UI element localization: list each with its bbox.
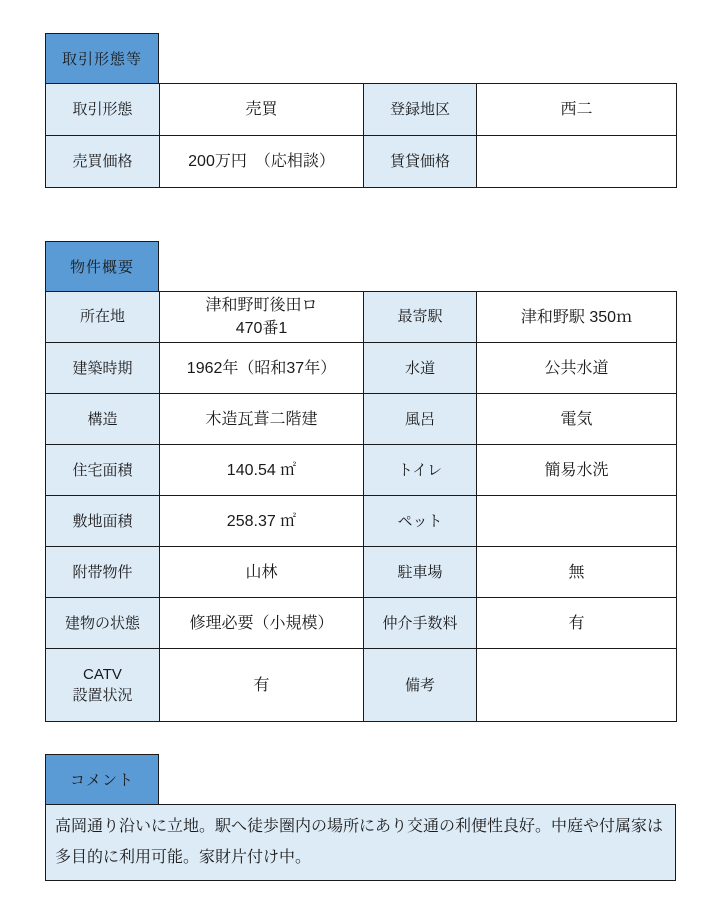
cell-value: 津和野町後田ロ 470番1 <box>160 292 364 343</box>
cell-label: 最寄駅 <box>364 292 477 343</box>
cell-value <box>477 496 677 547</box>
property-listing-sheet: 取引形態等 取引形態 売買 登録地区 西二 売買価格 200万円 （応相談） 賃… <box>0 0 721 881</box>
cell-value: 無 <box>477 547 677 598</box>
table-row: 取引形態 売買 登録地区 西二 <box>46 84 677 136</box>
cell-label: 登録地区 <box>364 84 477 136</box>
cell-value: 258.37 ㎡ <box>160 496 364 547</box>
section-property-overview: 物件概要 所在地 津和野町後田ロ 470番1 最寄駅 津和野駅 350ｍ 建築時… <box>45 241 721 722</box>
section-header-property-overview: 物件概要 <box>45 241 159 292</box>
cell-label: 構造 <box>46 394 160 445</box>
table-row: 売買価格 200万円 （応相談） 賃貸価格 <box>46 136 677 188</box>
cell-label: 賃貸価格 <box>364 136 477 188</box>
table-row: 建物の状態 修理必要（小規模） 仲介手数料 有 <box>46 598 677 649</box>
cell-value: 簡易水洗 <box>477 445 677 496</box>
cell-value: 公共水道 <box>477 343 677 394</box>
table-row: 住宅面積 140.54 ㎡ トイレ 簡易水洗 <box>46 445 677 496</box>
cell-value: 200万円 （応相談） <box>160 136 364 188</box>
cell-label: トイレ <box>364 445 477 496</box>
table-row: 構造 木造瓦葺二階建 風呂 電気 <box>46 394 677 445</box>
property-overview-table: 所在地 津和野町後田ロ 470番1 最寄駅 津和野駅 350ｍ 建築時期 196… <box>45 291 677 722</box>
cell-value: 電気 <box>477 394 677 445</box>
transaction-table: 取引形態 売買 登録地区 西二 売買価格 200万円 （応相談） 賃貸価格 <box>45 83 677 188</box>
cell-value: 売買 <box>160 84 364 136</box>
cell-label: ペット <box>364 496 477 547</box>
cell-value: 山林 <box>160 547 364 598</box>
cell-value: 140.54 ㎡ <box>160 445 364 496</box>
cell-value: 有 <box>477 598 677 649</box>
cell-label: 所在地 <box>46 292 160 343</box>
cell-label: 駐車場 <box>364 547 477 598</box>
cell-value: 修理必要（小規模） <box>160 598 364 649</box>
cell-value: 西二 <box>477 84 677 136</box>
cell-label: 仲介手数料 <box>364 598 477 649</box>
section-comment: コメント 高岡通り沿いに立地。駅へ徒歩圏内の場所にあり交通の利便性良好。中庭や付… <box>45 754 721 881</box>
cell-value <box>477 649 677 722</box>
table-row: 敷地面積 258.37 ㎡ ペット <box>46 496 677 547</box>
cell-value <box>477 136 677 188</box>
comment-text: 高岡通り沿いに立地。駅へ徒歩圏内の場所にあり交通の利便性良好。中庭や付属家は多目… <box>45 804 676 881</box>
section-header-transaction: 取引形態等 <box>45 33 159 84</box>
cell-value: 津和野駅 350ｍ <box>477 292 677 343</box>
cell-label: 建物の状態 <box>46 598 160 649</box>
cell-value: 木造瓦葺二階建 <box>160 394 364 445</box>
table-row: 附帯物件 山林 駐車場 無 <box>46 547 677 598</box>
table-row: 所在地 津和野町後田ロ 470番1 最寄駅 津和野駅 350ｍ <box>46 292 677 343</box>
cell-label: 附帯物件 <box>46 547 160 598</box>
cell-value: 有 <box>160 649 364 722</box>
section-transaction: 取引形態等 取引形態 売買 登録地区 西二 売買価格 200万円 （応相談） 賃… <box>45 33 721 188</box>
cell-label: 水道 <box>364 343 477 394</box>
cell-label: 敷地面積 <box>46 496 160 547</box>
table-row: CATV 設置状況 有 備考 <box>46 649 677 722</box>
cell-value: 1962年（昭和37年） <box>160 343 364 394</box>
section-header-comment: コメント <box>45 754 159 805</box>
cell-label: 売買価格 <box>46 136 160 188</box>
cell-label: 備考 <box>364 649 477 722</box>
cell-label: 取引形態 <box>46 84 160 136</box>
cell-label: 住宅面積 <box>46 445 160 496</box>
cell-label: 建築時期 <box>46 343 160 394</box>
cell-label: 風呂 <box>364 394 477 445</box>
cell-label: CATV 設置状況 <box>46 649 160 722</box>
table-row: 建築時期 1962年（昭和37年） 水道 公共水道 <box>46 343 677 394</box>
